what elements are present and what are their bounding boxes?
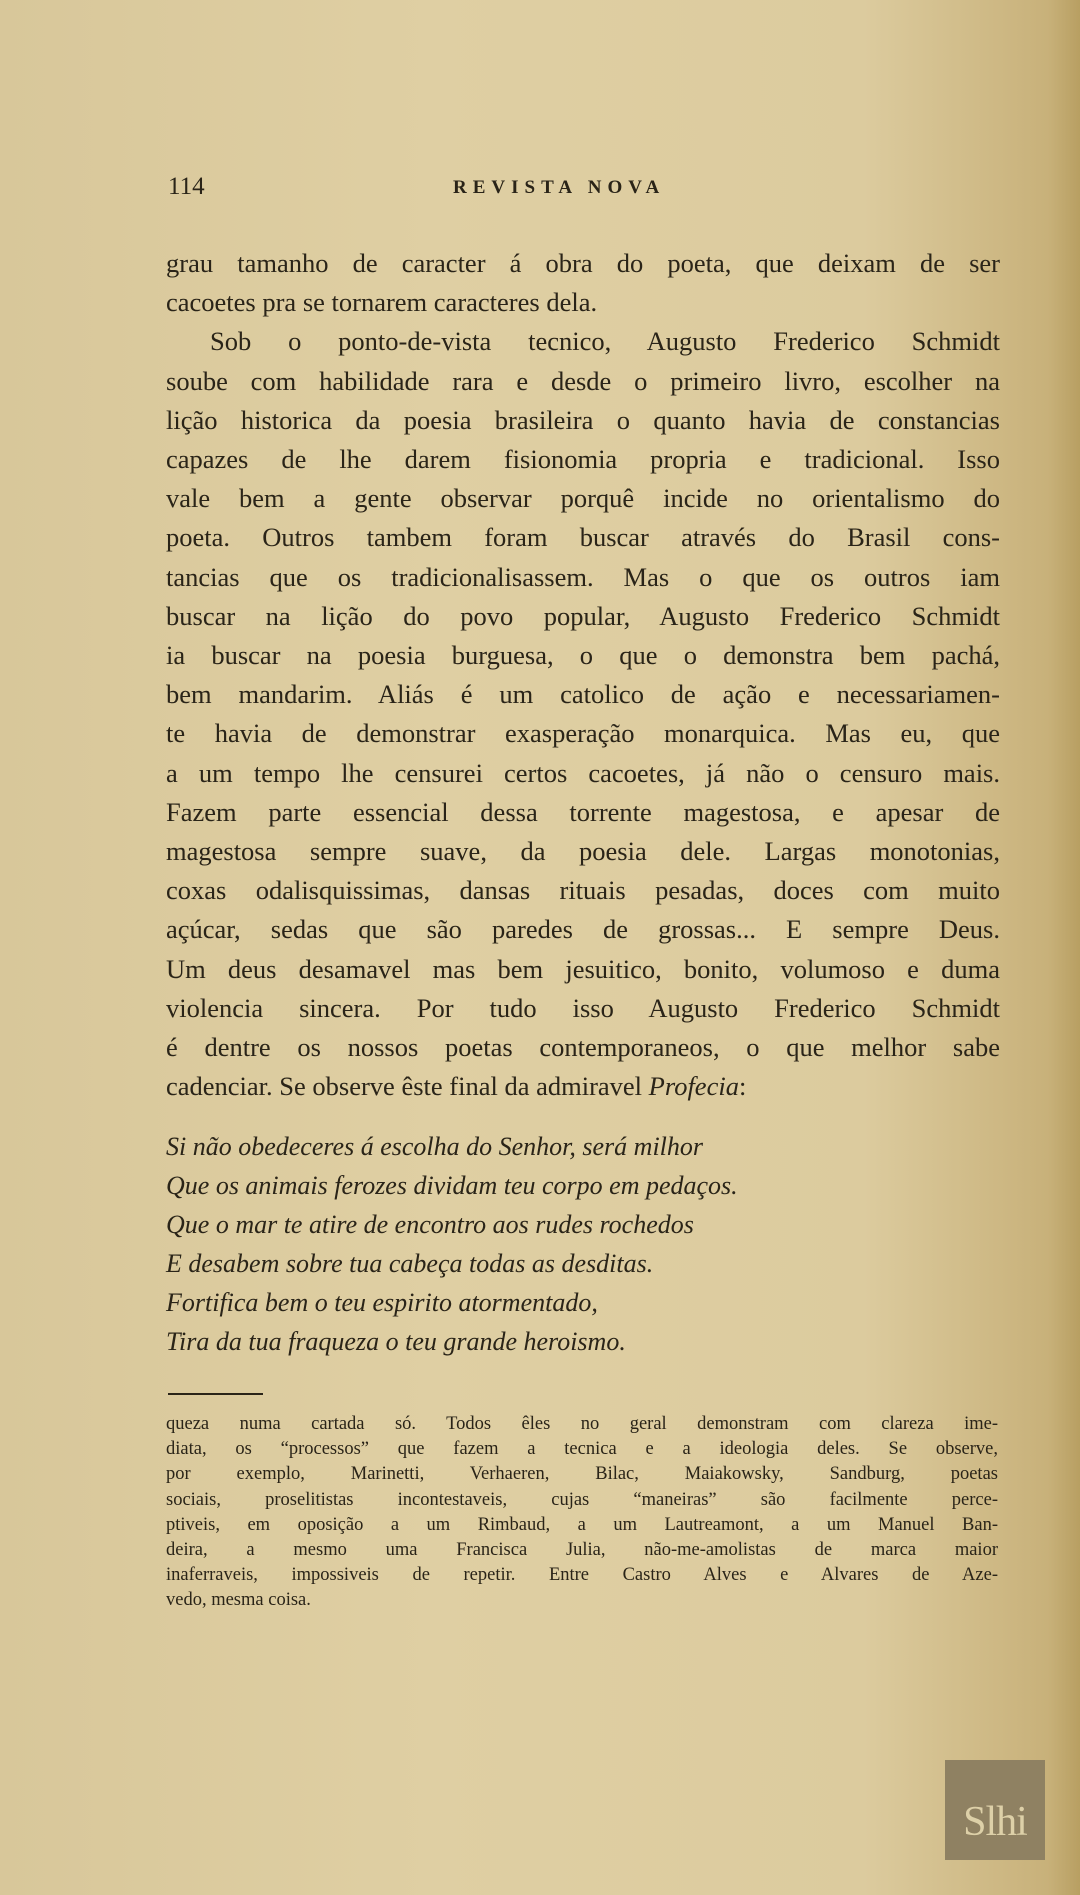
page-number: 114 xyxy=(168,173,205,201)
body-line: lição historica da poesia brasileira o q… xyxy=(166,401,1000,440)
body-line: soube com habilidade rara e desde o prim… xyxy=(166,362,1000,401)
body-line: é dentre os nossos poetas contemporaneos… xyxy=(166,1028,1000,1067)
poem-line: Tira da tua fraqueza o teu grande herois… xyxy=(166,1322,738,1361)
poem-line: Que o mar te atire de encontro aos rudes… xyxy=(166,1205,738,1244)
poem-quote: Si não obedeceres á escolha do Senhor, s… xyxy=(166,1127,738,1361)
poem-title: Profecia xyxy=(649,1071,739,1101)
watermark-logo: Slhi xyxy=(945,1760,1045,1860)
body-line: coxas odalisquissimas, dansas rituais pe… xyxy=(166,871,1000,910)
body-line: tancias que os tradicionalisassem. Mas o… xyxy=(166,558,1000,597)
footnote-line: queza numa cartada só. Todos êles no ger… xyxy=(166,1412,998,1437)
footnote-divider xyxy=(168,1393,263,1395)
footnote-line: inaferraveis, impossiveis de repetir. En… xyxy=(166,1563,998,1588)
body-line: poeta. Outros tambem foram buscar atravé… xyxy=(166,518,1000,557)
poem-line: E desabem sobre tua cabeça todas as desd… xyxy=(166,1244,738,1283)
body-line: a um tempo lhe censurei certos cacoetes,… xyxy=(166,754,1000,793)
body-text-span: : xyxy=(739,1071,746,1101)
footnote-line: deira, a mesmo uma Francisca Julia, não-… xyxy=(166,1538,998,1563)
body-line: buscar na lição do povo popular, Augusto… xyxy=(166,597,1000,636)
body-line: bem mandarim. Aliás é um catolico de açã… xyxy=(166,675,1000,714)
footnote-line: sociais, proselitistas incontestaveis, c… xyxy=(166,1488,998,1513)
page-header: 114 REVISTA NOVA xyxy=(168,173,868,203)
body-line: Sob o ponto-de-vista tecnico, Augusto Fr… xyxy=(166,322,1000,361)
footnote-line: ptiveis, em oposição a um Rimbaud, a um … xyxy=(166,1513,998,1538)
body-line: violencia sincera. Por tudo isso Augusto… xyxy=(166,989,1000,1028)
body-line: vale bem a gente observar porquê incide … xyxy=(166,479,1000,518)
body-text-span: cadenciar. Se observe êste final da admi… xyxy=(166,1071,649,1101)
footnote-line: diata, os “processos” que fazem a tecnic… xyxy=(166,1437,998,1462)
watermark-text: Slhi xyxy=(963,1798,1027,1846)
footnote-line: por exemplo, Marinetti, Verhaeren, Bilac… xyxy=(166,1462,998,1487)
body-line: açúcar, sedas que são paredes de grossas… xyxy=(166,910,1000,949)
running-title: REVISTA NOVA xyxy=(453,177,665,199)
body-line-final: cadenciar. Se observe êste final da admi… xyxy=(166,1067,1000,1106)
body-text: grau tamanho de caracter á obra do poeta… xyxy=(166,244,1000,1106)
poem-line: Fortifica bem o teu espirito atormentado… xyxy=(166,1283,738,1322)
footnote-line: vedo, mesma coisa. xyxy=(166,1588,998,1613)
footnote: queza numa cartada só. Todos êles no ger… xyxy=(166,1412,998,1614)
poem-line: Que os animais ferozes dividam teu corpo… xyxy=(166,1166,738,1205)
poem-line: Si não obedeceres á escolha do Senhor, s… xyxy=(166,1127,738,1166)
body-line: te havia de demonstrar exasperação monar… xyxy=(166,714,1000,753)
body-line: capazes de lhe darem fisionomia propria … xyxy=(166,440,1000,479)
body-line: Um deus desamavel mas bem jesuitico, bon… xyxy=(166,950,1000,989)
body-line: Fazem parte essencial dessa torrente mag… xyxy=(166,793,1000,832)
scanned-page: 114 REVISTA NOVA grau tamanho de caracte… xyxy=(0,0,1080,1895)
body-line: cacoetes pra se tornarem caracteres dela… xyxy=(166,283,1000,322)
body-line: ia buscar na poesia burguesa, o que o de… xyxy=(166,636,1000,675)
body-line: magestosa sempre suave, da poesia dele. … xyxy=(166,832,1000,871)
body-line: grau tamanho de caracter á obra do poeta… xyxy=(166,244,1000,283)
